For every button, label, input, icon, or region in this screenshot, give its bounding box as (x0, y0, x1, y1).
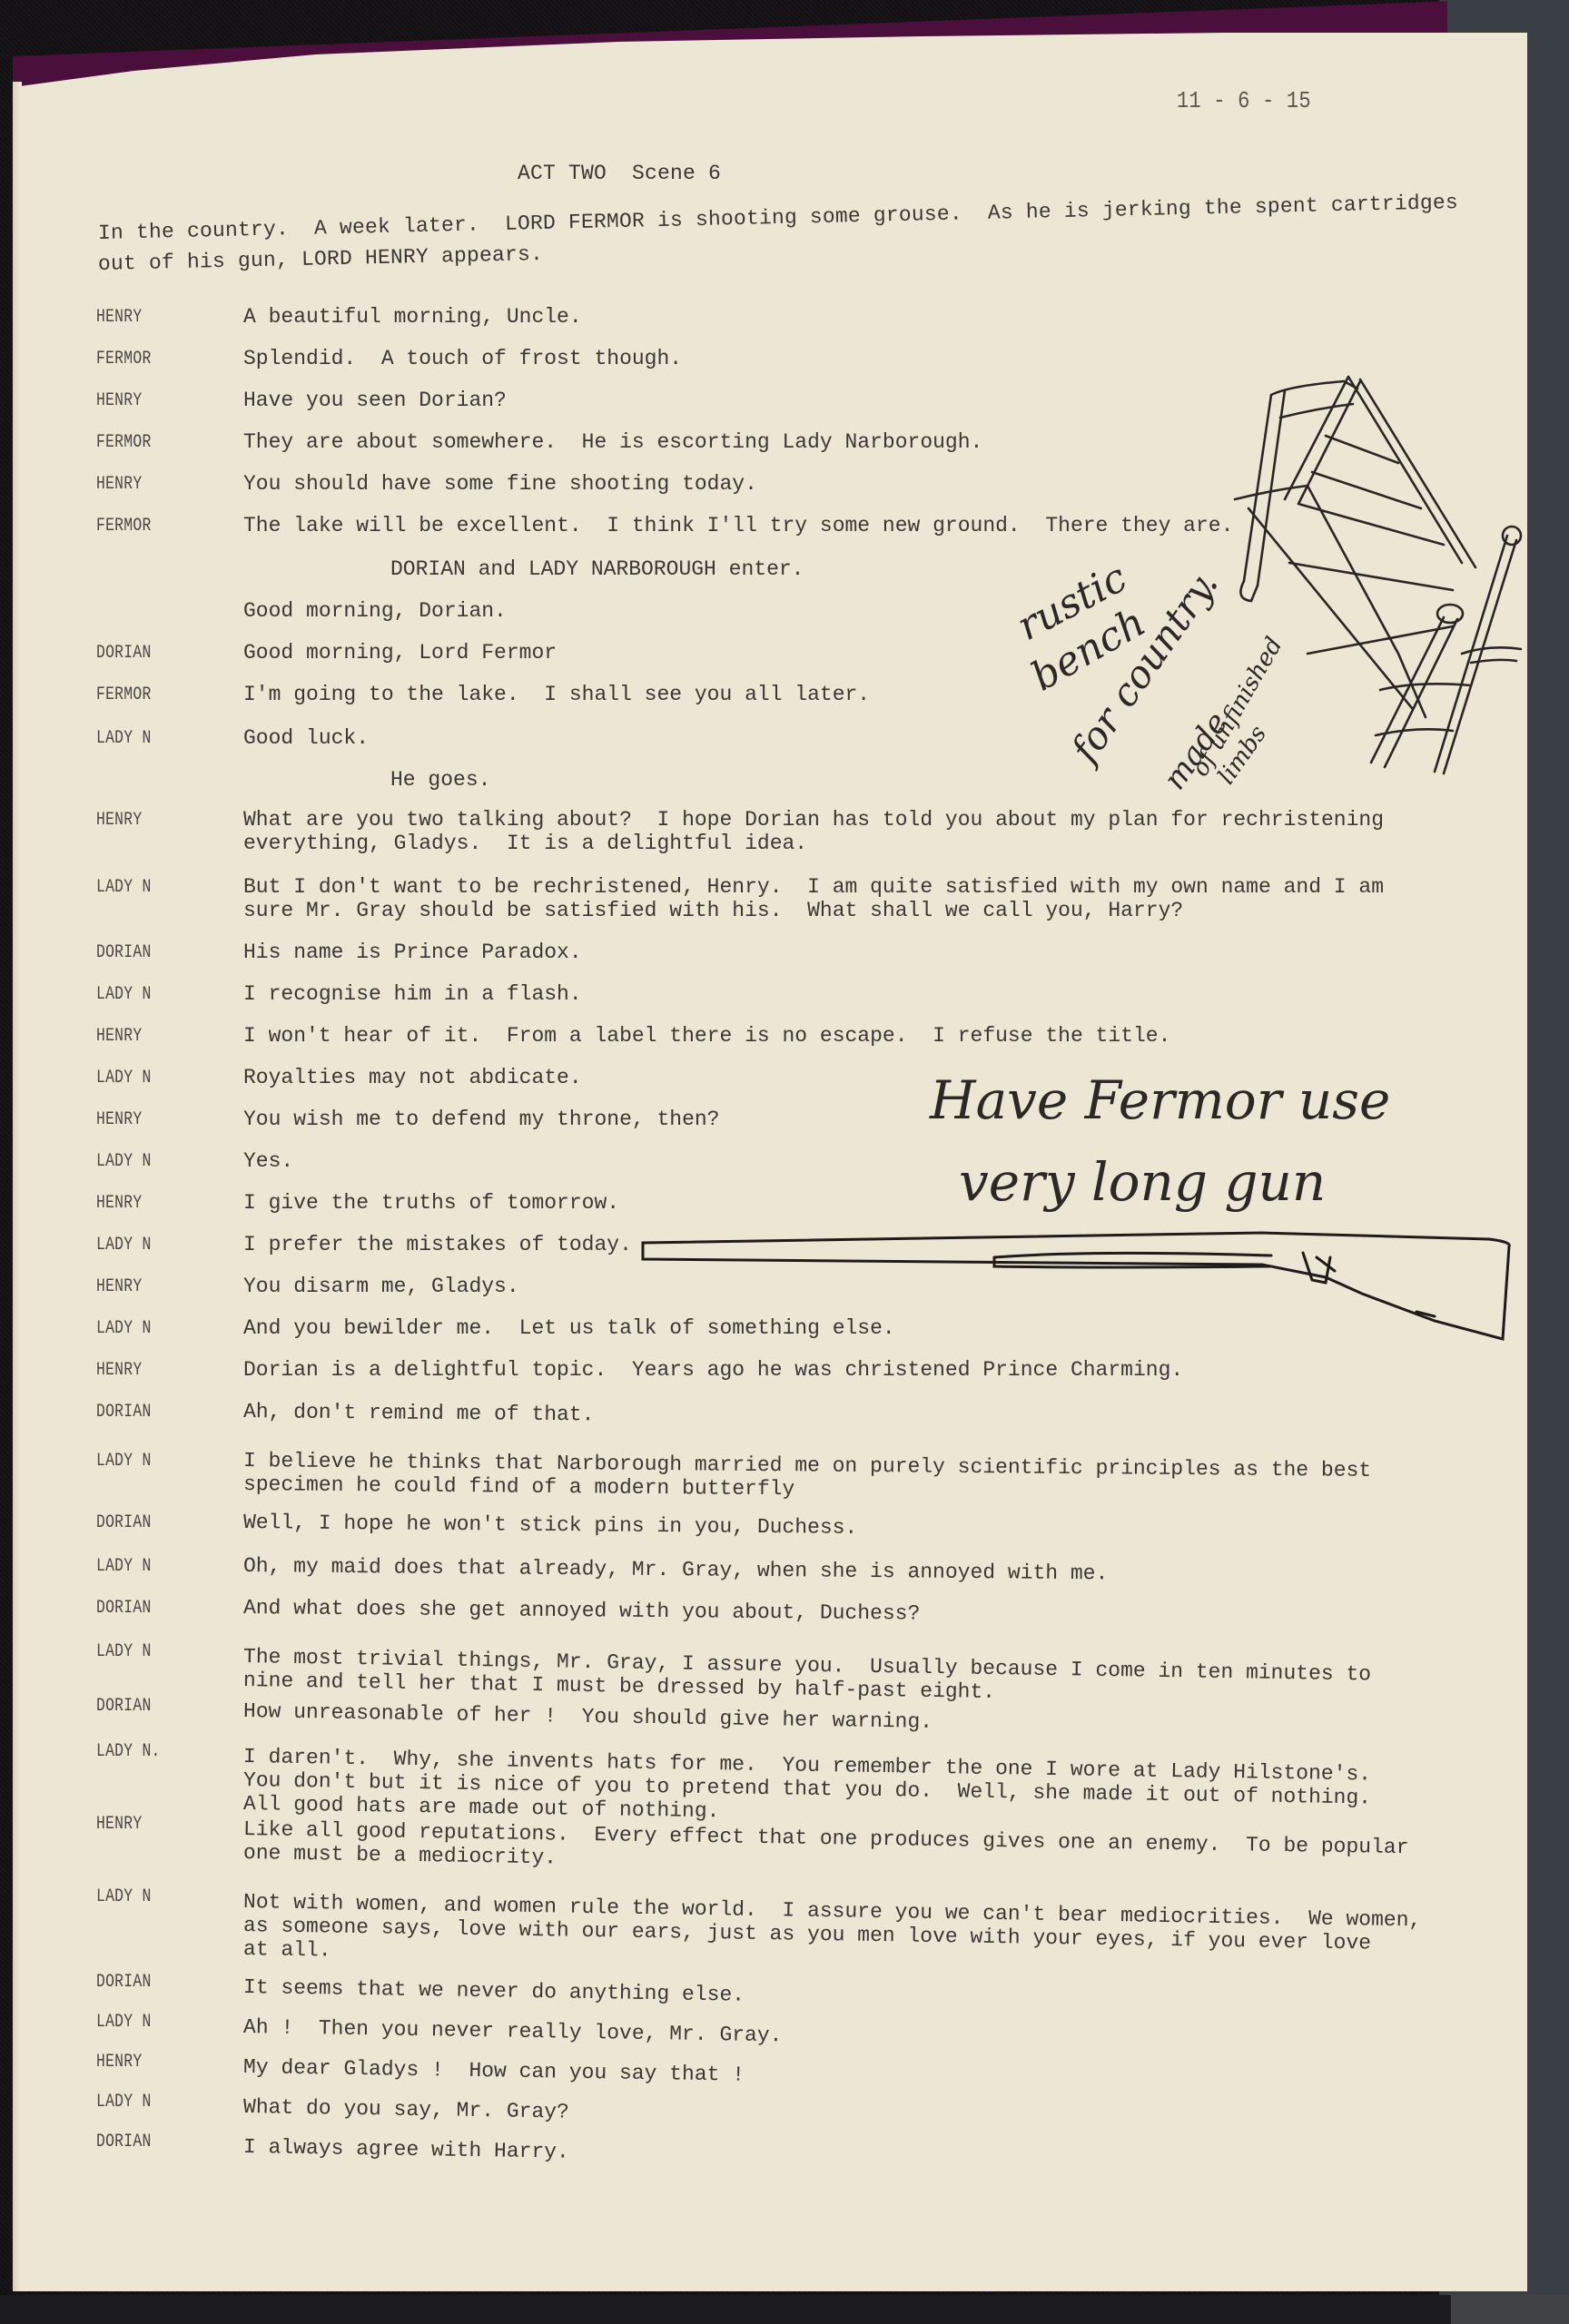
speaker-label: LADY N. (96, 1741, 161, 1762)
dialogue-line: You wish me to defend my throne, then? (243, 1108, 720, 1132)
dialogue-line: They are about somewhere. He is escortin… (243, 430, 982, 455)
speaker-label: HENRY (96, 1360, 142, 1381)
speaker-label: LADY N (96, 1886, 152, 1907)
speaker-label: LADY N (96, 728, 152, 749)
dialogue-line: I always agree with Harry. (243, 2135, 569, 2165)
speaker-label: FERMOR (96, 516, 152, 537)
scene-heading: ACT TWO Scene 6 (518, 162, 721, 185)
dialogue-line: I prefer the mistakes of today. (243, 1233, 632, 1257)
speaker-label: LADY N (96, 2012, 152, 2033)
speaker-label: HENRY (96, 474, 142, 495)
speaker-label: LADY N (96, 1318, 152, 1339)
speaker-label: HENRY (96, 1814, 142, 1835)
speaker-label: HENRY (96, 810, 142, 831)
speaker-label: HENRY (96, 1276, 142, 1297)
dialogue-line: What do you say, Mr. Gray? (243, 2095, 569, 2125)
dialogue-line: But I don't want to be rechristened, Hen… (243, 875, 1384, 900)
speaker-label: HENRY (96, 2052, 142, 2073)
speaker-label: LADY N (96, 1235, 152, 1256)
dialogue-line: What are you two talking about? I hope D… (243, 808, 1384, 832)
stage-direction: He goes. (390, 768, 490, 793)
speaker-label: FERMOR (96, 684, 152, 705)
dialogue-line: sure Mr. Gray should be satisfied with h… (243, 899, 1183, 923)
speaker-label: DORIAN (96, 643, 152, 664)
speaker-label: DORIAN (96, 1598, 152, 1619)
dialogue-line: Good morning, Lord Fermor (243, 641, 557, 665)
speaker-label: DORIAN (96, 1402, 152, 1423)
dialogue-line: Ah, don't remind me of that. (243, 1400, 595, 1427)
speaker-label: DORIAN (96, 2132, 152, 2152)
dialogue-line: Yes. (243, 1149, 293, 1174)
dialogue-line: Royalties may not abdicate. (243, 1066, 582, 1090)
speaker-label: LADY N (96, 2092, 152, 2112)
dialogue-line: You should have some fine shooting today… (243, 472, 757, 497)
dialogue-line: Dorian is a delightful topic. Years ago … (243, 1358, 1183, 1383)
speaker-label: DORIAN (96, 942, 152, 963)
speaker-label: HENRY (96, 1026, 142, 1047)
dialogue-line: at all. (243, 1937, 331, 1964)
speaker-label: HENRY (96, 307, 142, 328)
speaker-label: DORIAN (96, 1696, 152, 1717)
dialogue-line: specimen he could find of a modern butte… (243, 1472, 795, 1502)
rustic-bench-sketch-icon (1199, 354, 1544, 781)
dialogue-line: Have you seen Dorian? (243, 389, 507, 413)
page-fold (13, 82, 22, 2291)
dialogue-line: A beautiful morning, Uncle. (243, 305, 582, 330)
dialogue-line: I recognise him in a flash. (243, 982, 582, 1007)
gun-note-line-1: Have Fermor use (930, 1069, 1390, 1131)
dialogue-line: His name is Prince Paradox. (243, 940, 582, 965)
speaker-label: HENRY (96, 1193, 142, 1214)
stage-direction: DORIAN and LADY NARBOROUGH enter. (390, 557, 804, 582)
speaker-label: DORIAN (96, 1512, 152, 1533)
speaker-label: FERMOR (96, 349, 152, 369)
dialogue-line: Splendid. A touch of frost though. (243, 347, 682, 371)
speaker-label: HENRY (96, 390, 142, 411)
dialogue-line: Good morning, Dorian. (243, 599, 507, 624)
speaker-label: LADY N (96, 1556, 152, 1577)
dialogue-line: everything, Gladys. It is a delightful i… (243, 832, 807, 856)
binder-bottom (0, 2295, 1569, 2324)
dialogue-line: You disarm me, Gladys. (243, 1275, 519, 1299)
speaker-label: LADY N (96, 984, 152, 1005)
speaker-label: HENRY (96, 1109, 142, 1130)
dialogue-line: one must be a mediocrity. (243, 1841, 557, 1870)
dialogue-line: I give the truths of tomorrow. (243, 1191, 619, 1216)
speaker-label: LADY N (96, 1641, 152, 1662)
dialogue-line: I won't hear of it. From a label there i… (243, 1024, 1170, 1049)
dialogue-line: The lake will be excellent. I think I'll… (243, 514, 1233, 538)
speaker-label: LADY N (96, 1451, 152, 1472)
speaker-label: DORIAN (96, 1972, 152, 1993)
speaker-label: LADY N (96, 1068, 152, 1088)
speaker-label: LADY N (96, 1151, 152, 1172)
gun-note-line-2: very long gun (959, 1151, 1326, 1213)
dialogue-line: I'm going to the lake. I shall see you a… (243, 683, 870, 707)
page-reference: 11 - 6 - 15 (1177, 87, 1311, 114)
speaker-label: FERMOR (96, 432, 152, 453)
dialogue-line: Good luck. (243, 726, 369, 751)
speaker-label: LADY N (96, 877, 152, 898)
long-gun-sketch-icon (636, 1230, 1516, 1344)
binder-bottom-right (1451, 2295, 1569, 2324)
